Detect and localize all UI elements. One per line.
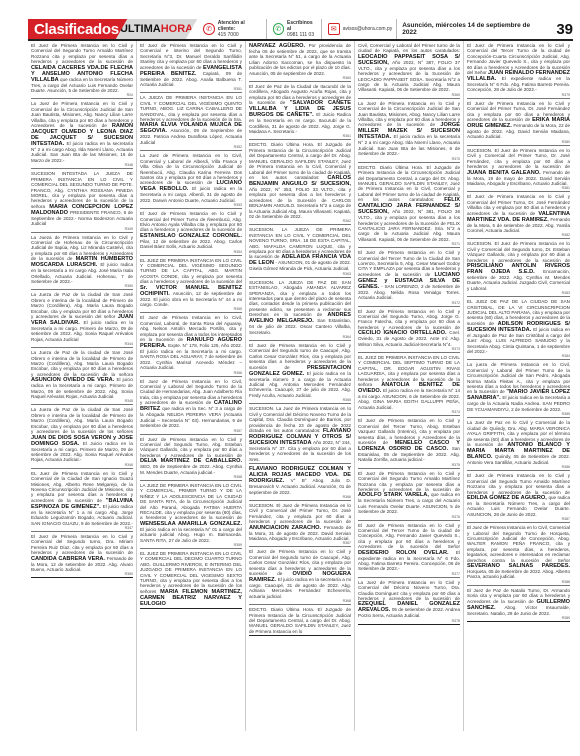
notice-body: El Juez de Primera Instancia en lo Civil…	[467, 525, 570, 562]
notice-code: R347	[31, 526, 133, 530]
phone-icon: ✆	[203, 23, 215, 35]
legal-notice: FLAVIANO RODRIGUEZ COLMAN Y ALICIA ROJAS…	[249, 464, 351, 501]
notice-code: R388	[467, 580, 570, 584]
notice-code: R24	[31, 93, 133, 97]
notice-code: R378	[358, 619, 460, 623]
notice-body: El Juez de Primera Instancia en lo Civil…	[358, 523, 460, 550]
notice-code: R375	[358, 463, 460, 467]
notice-code: R354	[140, 250, 242, 254]
notice-code: R353	[140, 203, 242, 207]
legal-notice: El Juez de Primera Instancia en lo Civil…	[249, 547, 351, 605]
notice-code: R365	[249, 398, 351, 402]
notice-code: R344	[31, 342, 133, 346]
legal-notice: SUCESION. El Juez de Primera Instancia e…	[467, 239, 570, 297]
notice-closing: Pilar, 12 de setiembre de 2022. Abog. Ca…	[140, 239, 242, 249]
legal-notice: LA JUEZA DE PRIMERA INSTANCIA EN LO CIVI…	[140, 93, 242, 151]
legal-notice: El Juez de Primera Instancia en lo Civil…	[31, 41, 133, 99]
legal-notice: El Juez de Primera Instancia en lo Civil…	[467, 99, 570, 146]
legal-notice: EL JUEZ DE PAZ DE LA CIUDAD DE SAN CRIST…	[467, 297, 570, 360]
legal-notice: La Juez de Primera Instancia en lo Civil…	[358, 99, 460, 163]
legal-notice: La Jueza de Paz de la ciudad de San José…	[31, 290, 133, 348]
notice-body: La Jueza de Paz de la ciudad de San José…	[31, 407, 133, 434]
notice-closing: Año 2022, N° 353, FOLIO 33 VLTO., cita y…	[249, 187, 351, 219]
legal-notice: EL JUEZ DE PRIMERA INSTANCIA EN LO CIVIL…	[140, 549, 242, 609]
page-header: Clasificados ULTIMAHORA ✆ Atención al cl…	[28, 19, 573, 39]
legal-notice: Civil, Comercial y Laboral del Primer tu…	[358, 41, 460, 99]
legal-notice: La jueza de Primera Instancia en lo Civi…	[467, 360, 570, 418]
column-1: El Juez de Primera Instancia en lo Civil…	[28, 41, 137, 731]
notice-code: R350	[31, 284, 133, 288]
notice-code: R361	[249, 134, 351, 138]
logo-part-ultima: ULTIMA	[120, 23, 161, 35]
legal-notice: El Juez de Primera Instancia en lo Civil…	[467, 523, 570, 586]
notice-code: R372	[358, 301, 460, 305]
notice-body: El Juez de Primera Instancia en lo Civil…	[140, 211, 242, 232]
notice-code: R382	[467, 233, 570, 237]
notice-body: EDICTO. Diario Última Hora. El Juzgado d…	[249, 607, 351, 634]
legal-notice: La Jueza de Primera Instancia en lo Civi…	[31, 233, 133, 291]
notice-body: Civil, Comercial y Laboral del Primer tu…	[358, 43, 460, 53]
legal-notice: La Juez de Primera Instancia en lo Civil…	[358, 578, 460, 625]
notice-body: El Juez de Primera Instancia en lo Civil…	[31, 43, 133, 64]
legal-notice: La Jueza de Paz de la ciudad de San José…	[31, 405, 133, 468]
notice-body: SUCESION. El Juez de Primera Instancia e…	[249, 503, 351, 524]
notice-code: R352	[140, 145, 242, 149]
notice-body: LA JUEZA DE PRIMERA INSTANCIA EN LO CIVI…	[140, 95, 242, 122]
whatsapp-icon: ✆	[273, 23, 285, 35]
notice-body: El Juez de Primera Instancia en lo Civil…	[31, 534, 133, 555]
legal-notice: SUCESION. El Juez de Primera Instancia e…	[467, 146, 570, 192]
notice-code: R358	[140, 475, 242, 479]
column-3: NARVAEZ AGÜERO. Por providencia de fecha…	[246, 41, 355, 731]
notice-code: R355	[140, 307, 242, 311]
dateline: Asunción, miércoles 14 de septiembre de …	[402, 22, 540, 36]
classifieds-columns: El Juez de Primera Instancia en lo Civil…	[28, 41, 573, 731]
legal-notice: El Juez de Primera Instancia en lo Civil…	[358, 521, 460, 578]
whatsapp-number: 0981 111 03	[287, 32, 314, 38]
legal-notice: El Juez de Primera Instancia en lo Civil…	[358, 416, 460, 468]
legal-notice: EDICTO. Diario Última Hora. El Juzgado d…	[249, 605, 351, 636]
notice-code: R383	[467, 291, 570, 295]
phone-contact: ✆ Atención al cliente:415 7000	[203, 19, 266, 39]
legal-notice: El Juez de Primera Instancia en lo Civil…	[467, 471, 570, 523]
legal-notice: EL JUEZ DE PRIMERA INSTANCIA EN LO CIVIL…	[140, 256, 242, 314]
legal-notice: El Juez de Primera Instancia en lo Civil…	[358, 307, 460, 353]
newspaper-logo: ULTIMAHORA	[116, 19, 197, 39]
legal-notice: La Juez de Paz en lo Civil y Comercial d…	[467, 418, 570, 471]
notice-code: R359	[140, 543, 242, 547]
legal-notice: EDICTO. Diario Última Hora. El Juzgado d…	[358, 163, 460, 248]
notice-code: R351	[140, 87, 242, 91]
page-number: 39	[556, 21, 573, 38]
email-contact: ✉ avisos@uhora.com.py	[328, 19, 398, 39]
legal-notice: La Juez de Primera Instancia en lo Civil…	[140, 151, 242, 209]
notice-code: R371	[358, 242, 460, 246]
notice-body: El Juez de Primera Instancia en lo Civil…	[358, 309, 460, 330]
notice-code: R369	[358, 93, 460, 97]
notice-code: R363	[249, 272, 351, 276]
notice-code: R364	[249, 335, 351, 339]
legal-notice: El Juez de Primera Instancia en lo Civil…	[249, 341, 351, 404]
legal-notice: El Juez de Primera Instancia en lo Civil…	[140, 209, 242, 255]
legal-notice: La Jueza de Paz de la ciudad de San José…	[31, 348, 133, 405]
notice-body: SUCESION. El Juez de Primera Instancia e…	[467, 148, 570, 169]
notice-closing: SEO, 05 de Septiembre de 2022. Abog. Cyn…	[140, 464, 242, 474]
phone-number: 415 7000	[218, 32, 239, 38]
legal-notice: El Juez de Primera Instancia en lo Civil…	[358, 469, 460, 521]
notice-code: R345	[31, 399, 133, 403]
notice-code: R356	[140, 371, 242, 375]
notice-body: LA JUEZ DE PRIMERA INSTANCIA EN LO CIVIL…	[140, 483, 242, 520]
legal-notice: El Juez de Paz de Nataliо Turno, Dr. Arm…	[467, 586, 570, 622]
legal-notice: El Juez de Primera Instancia en lo Civil…	[140, 377, 242, 435]
notice-code: R346	[31, 463, 133, 467]
column-5: El Juez de Primera Instancia en lo Civil…	[464, 41, 573, 731]
logo-part-hora: HORA	[161, 23, 193, 35]
notice-body: El Juez de Primera Instancia en lo Civil…	[467, 473, 570, 494]
notice-code: R386	[467, 465, 570, 469]
notice-code: R349	[31, 227, 133, 231]
notice-code: R381	[467, 186, 570, 190]
notice-closing: Horqueta, 05 de Setiembre de 2022. Abog.…	[467, 569, 570, 579]
notice-code: R380	[467, 140, 570, 144]
legal-notice: LA JUEZ DE PRIMERA INSTANCIA EN LO CIVIL…	[140, 481, 242, 549]
notice-body: El Juez de Primera Instancia en lo Civil…	[140, 437, 242, 458]
section-title-banner: Clasificados	[28, 19, 129, 39]
legal-notice: SUCESION. LA JUEZA DE PAZ DE SAN ESTANIS…	[249, 278, 351, 341]
legal-notice: El Juez de Paz de la Ciudad de Itacurubí…	[249, 82, 351, 140]
notice-code: R385	[467, 412, 570, 416]
legal-notice: SUCESION INTESTADA LA JUEZA DE PRIMERA I…	[31, 169, 133, 232]
phone-label: Atención al cliente:	[218, 20, 262, 32]
notice-body: EL JUEZ DE PRIMERA INSTANCIA EN LO CIVIL…	[140, 551, 242, 594]
notice-code: R348	[31, 163, 133, 167]
legal-notice: EDICTO. Diario Última Hora. El Juzgado d…	[249, 140, 351, 225]
notice-body: El Juez de Primera Instancia en lo Civil…	[358, 471, 460, 492]
section-title: Clasificados	[34, 21, 119, 38]
envelope-icon: ✉	[328, 23, 340, 35]
notice-code: R350	[31, 572, 133, 576]
notice-code: R387	[467, 517, 570, 521]
notice-code: R366	[249, 495, 351, 499]
legal-notice: El Juez de Primera Instancia en lo Civil…	[140, 435, 242, 481]
legal-notice: EL JUEZ DE PRIMERA INSTANCIA EN LO CIVIL…	[358, 353, 460, 416]
notice-closing: El juicio radica en la secretaría N° 01 …	[140, 527, 242, 543]
notice-body: EL JUEZ DE PRIMERA INSTANCIA EN LO CIVIL…	[140, 258, 242, 285]
legal-notice: El Juez de Primera Instancia en lo Civil…	[467, 41, 570, 99]
notice-code: R362	[249, 219, 351, 223]
notice-body: SUCESION. El Juez de Primera Instancia e…	[467, 241, 570, 262]
column-2: El Juez de Primera Instancia en lo Civil…	[137, 41, 246, 731]
whatsapp-contact: ✆ Escríbinos al0981 111 03	[273, 19, 322, 39]
legal-notice: SUCESION. El Juez de Primera Instancia e…	[249, 501, 351, 547]
notice-body: La Juez de Primera Instancia en lo Civil…	[358, 580, 460, 601]
notice-body: La Jueza de Paz de la ciudad de San José…	[31, 350, 133, 377]
whatsapp-label: Escríbinos al	[287, 20, 317, 32]
legal-notice: EL Juez de Primera Instancia en lo Civil…	[31, 469, 133, 532]
legal-notice: El Juez de Primera Instancia en lo Civil…	[358, 248, 460, 306]
legal-notice: SUCESION. La Juez de Primera Instancia e…	[249, 404, 351, 464]
notice-code: R376	[358, 515, 460, 519]
legal-notice: El Juez de Primera Instancia en lo Civil…	[31, 532, 133, 578]
notice-code: R379	[467, 93, 570, 97]
legal-notice: El Juez de Primera Instancia en lo Civil…	[140, 41, 242, 93]
notice-code: R384	[467, 354, 570, 358]
notice-code: R389	[467, 616, 570, 620]
notice-code: R370	[358, 157, 460, 161]
legal-notice: NARVAEZ AGÜERO. Por providencia de fecha…	[249, 41, 351, 82]
notice-code: R357	[140, 429, 242, 433]
notice-code: R368	[249, 599, 351, 603]
notice-code: R373	[358, 347, 460, 351]
notice-code: R360	[249, 76, 351, 80]
legal-notice: La Juez de Primera Instancia en lo Civil…	[31, 99, 133, 169]
legal-notice: El Juez de Primera Instancia en lo Civil…	[467, 192, 570, 239]
notice-code: R367	[249, 541, 351, 545]
column-4: Civil, Comercial y Laboral del Primer tu…	[355, 41, 464, 731]
notice-code: R374	[358, 410, 460, 414]
legal-notice: El Juez de Primera Instancia en lo Civil…	[140, 313, 242, 376]
legal-notice: SUCESION. LA JUEZA DE PRIMERA INSTANCIA …	[249, 225, 351, 277]
email-address: avisos@uhora.com.py	[343, 26, 393, 32]
notice-code: R377	[358, 572, 460, 576]
